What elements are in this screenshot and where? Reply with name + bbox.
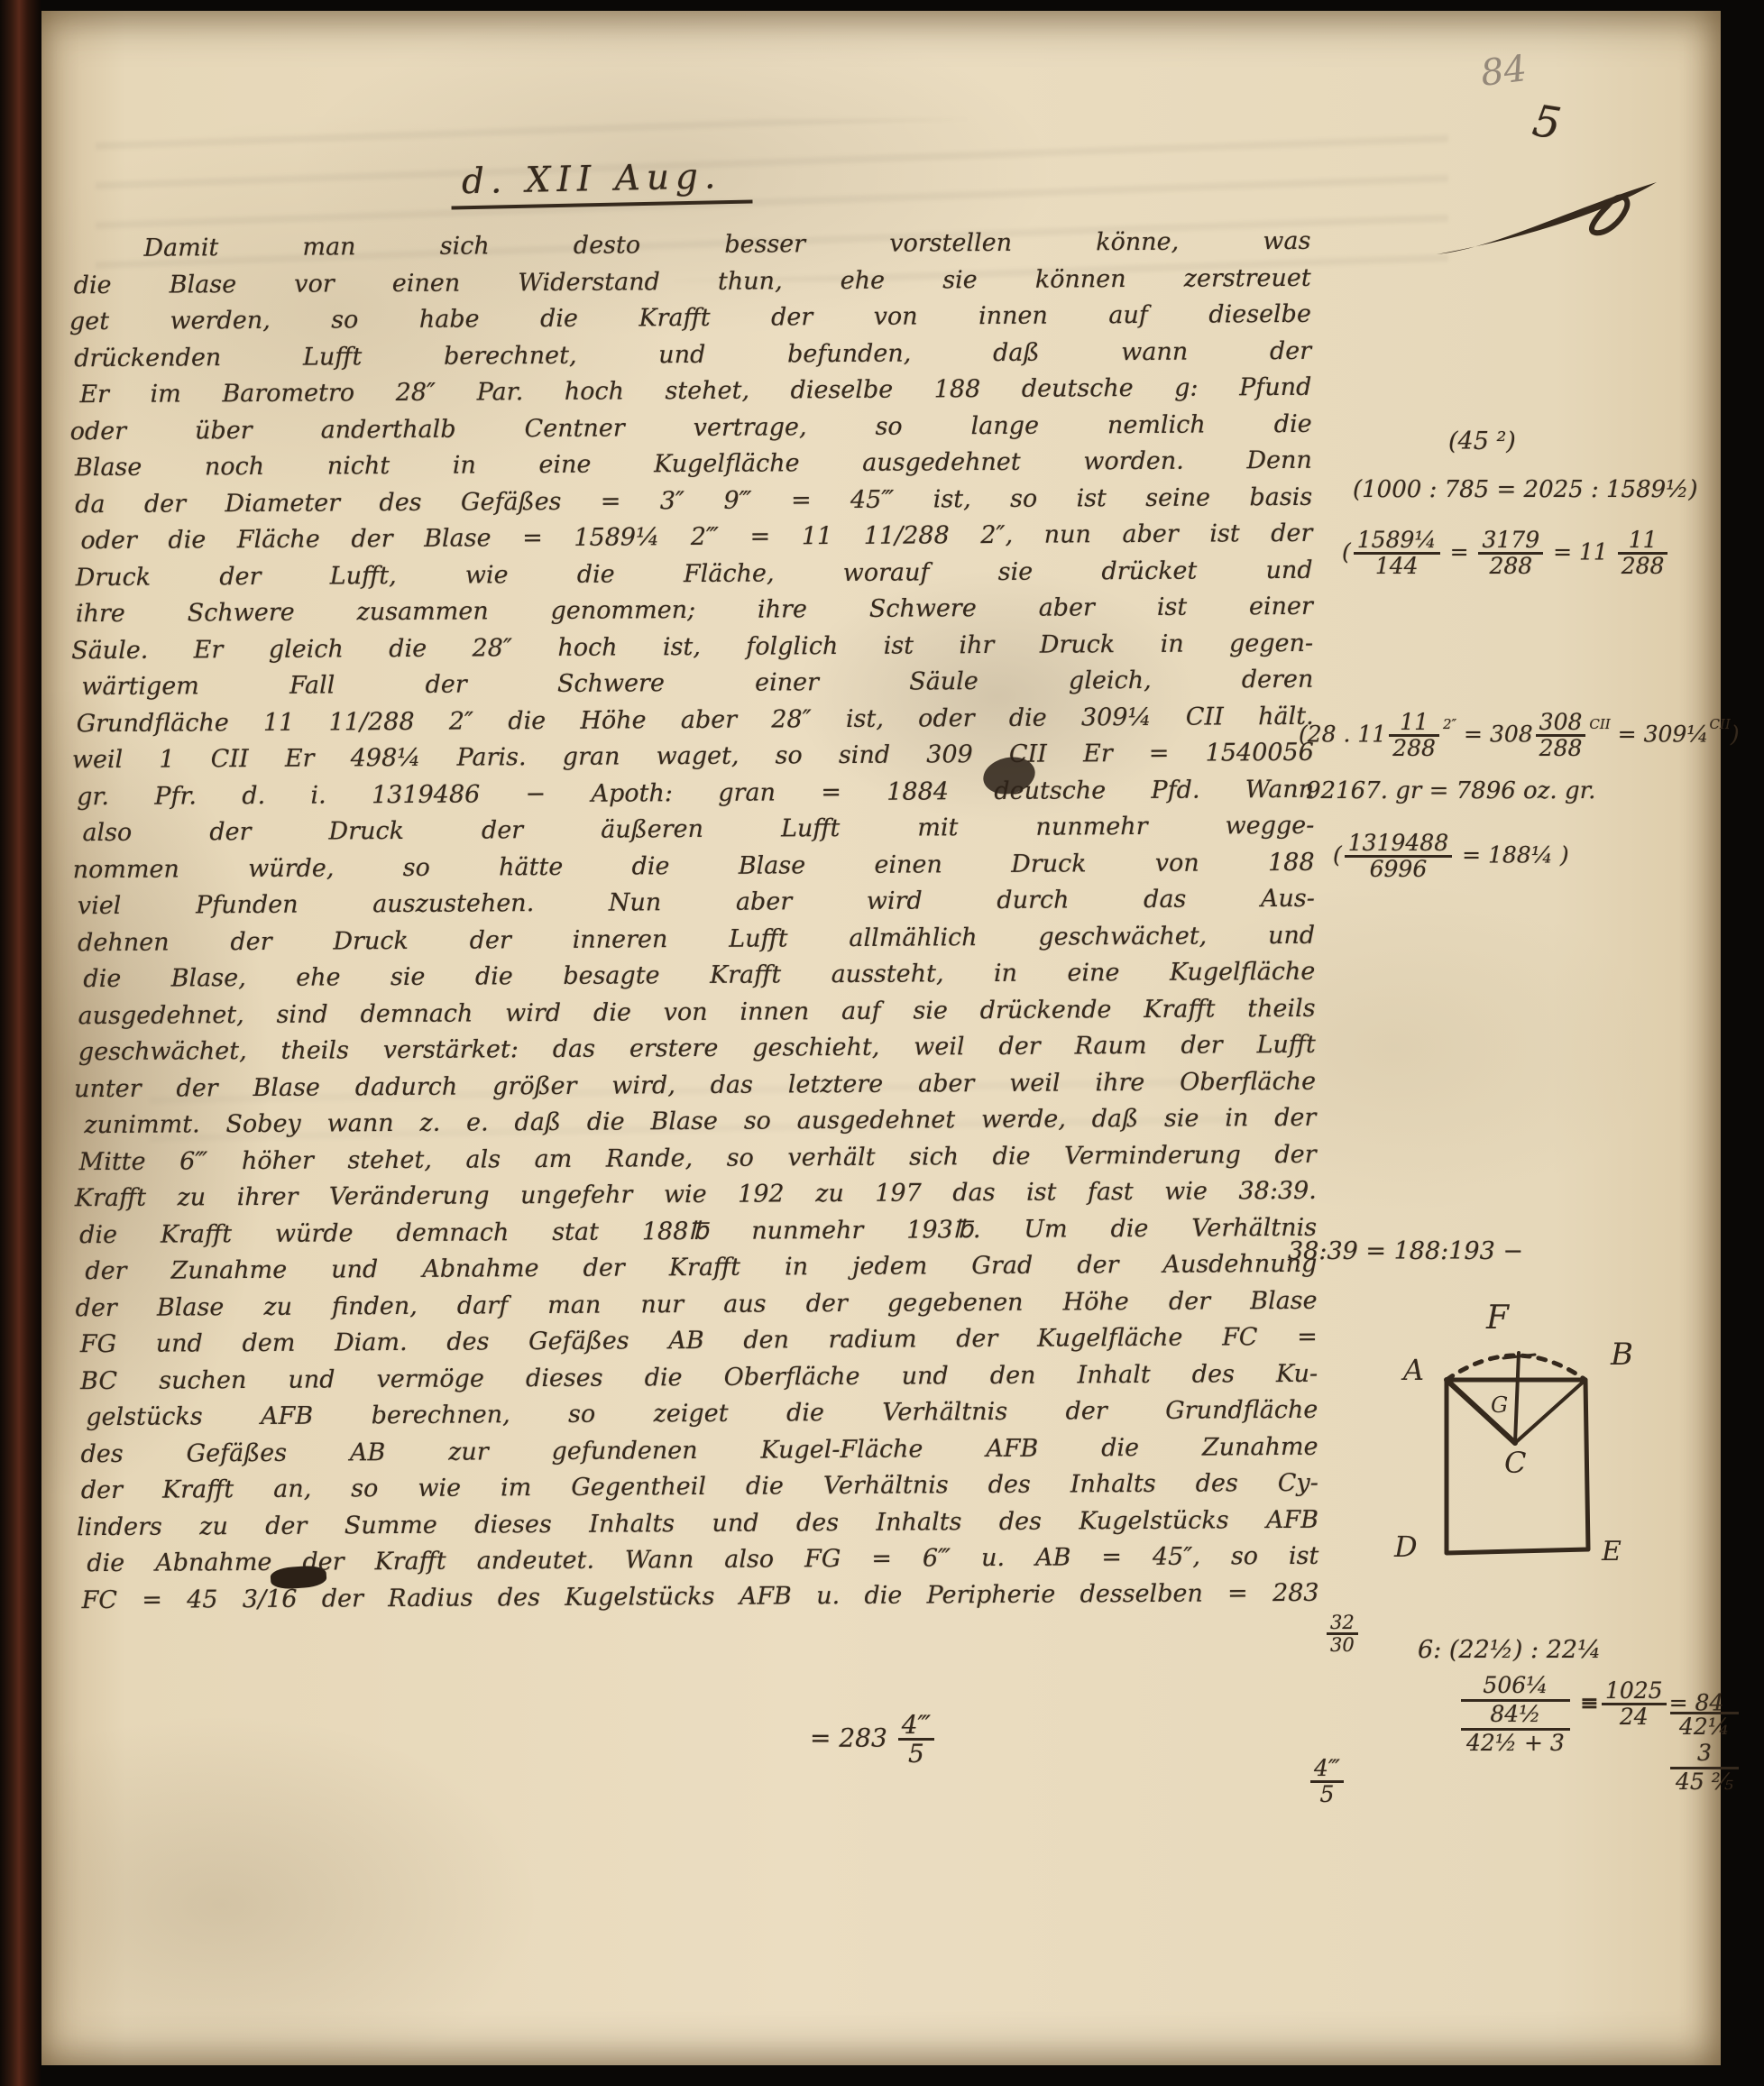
stack-row: 506¼ — [1461, 1673, 1570, 1702]
numerator: 3179 — [1478, 528, 1543, 555]
denominator: 5 — [1310, 1783, 1344, 1806]
numerator: 1319488 — [1345, 832, 1452, 858]
numerator: 11 — [1618, 528, 1668, 555]
numerator: 1589¼ — [1354, 528, 1440, 555]
denominator: 288 — [1618, 555, 1668, 578]
denominator: 6996 — [1345, 858, 1452, 881]
denominator: 288 — [1389, 737, 1439, 760]
numerator: 4‴ — [1310, 1757, 1344, 1783]
periphery-fraction: 3230 — [1324, 1613, 1361, 1655]
equals: = — [1450, 538, 1469, 565]
flourish-mark — [1429, 170, 1673, 269]
denominator: 30 — [1327, 1635, 1358, 1655]
equals: = 11 — [1553, 538, 1608, 565]
margin-note-fraction-chain: (1589¼144 = 3179288 = 11 11288 — [1342, 528, 1670, 579]
stack-row: 3 — [1670, 1741, 1739, 1767]
label-B: B — [1610, 1337, 1633, 1373]
paren: ) — [1560, 841, 1569, 868]
manuscript-line: FC = 45 3/16 der Radius des Kugelstücks … — [81, 1575, 1318, 1619]
paren: ( — [1333, 841, 1342, 868]
label-F: F — [1485, 1300, 1511, 1337]
paren: ) — [1731, 721, 1740, 747]
numerator: 32 — [1327, 1613, 1358, 1635]
superscript: CII — [1710, 716, 1731, 732]
equals: = 283 — [810, 1723, 887, 1752]
denominator: 288 — [1478, 555, 1543, 578]
equals: = 309¼ — [1618, 721, 1709, 747]
paren: ( — [1342, 538, 1351, 565]
equals: ≡ — [1580, 1689, 1599, 1715]
denominator: 288 — [1536, 737, 1586, 760]
equals: = 188¼ — [1462, 841, 1553, 868]
calc-division-stack: 506¼ 84½ 42½ + 3 — [1461, 1672, 1570, 1756]
label-A: A — [1401, 1353, 1424, 1387]
manuscript-scan: { "colors": { "paper": "#e7d9bc", "ink":… — [0, 0, 1764, 2086]
text: (28 . 11 — [1299, 721, 1386, 747]
margin-note-division: (13194886996 = 188¼ ) — [1333, 832, 1569, 882]
label-E: E — [1601, 1536, 1622, 1567]
numerator: 1025 — [1602, 1679, 1667, 1705]
label-C: C — [1504, 1446, 1526, 1480]
superscript: 2″ — [1443, 716, 1456, 732]
denominator: 144 — [1354, 555, 1440, 578]
numerator: 11 — [1389, 711, 1439, 737]
page-title: d. XII Aug. — [450, 156, 752, 210]
reduced-fraction: 4‴5 — [1308, 1757, 1346, 1807]
margin-note-ratio: 38:39 = 188:193 − — [1288, 1237, 1523, 1265]
margin-note-grains: 92167. gr = 7896 oz. gr. — [1306, 777, 1595, 804]
stack-row: 42¼ — [1670, 1712, 1739, 1741]
label-D: D — [1393, 1530, 1418, 1564]
stack-row: 84½ — [1461, 1702, 1570, 1731]
stack-row: 45 ⅖ — [1670, 1767, 1739, 1796]
margin-note-proportion: (1000 : 785 = 2025 : 1589½) — [1353, 476, 1698, 503]
chord-line-BC — [1515, 1380, 1585, 1443]
stack-row: 42½ + 3 — [1461, 1731, 1570, 1757]
folio-number-pencil: 84 — [1478, 48, 1529, 95]
book-spine — [0, 0, 41, 2086]
vessel-diagram: F A B G C D E — [1369, 1279, 1676, 1576]
superscript: CII — [1589, 716, 1610, 732]
calc-proportion-line: 6: (22½) : 22¼ — [1418, 1636, 1601, 1664]
margin-note-cubic-inches: (28 . 11112882″ = 308308288CII = 309¼CII… — [1299, 711, 1740, 761]
numerator: 308 — [1536, 711, 1586, 737]
label-G: G — [1491, 1392, 1508, 1418]
margin-note-45-squared: (45 ²) — [1448, 427, 1516, 455]
manuscript-body: Damit man sich desto besser vorstellen k… — [73, 224, 1318, 1619]
final-result: = 283 4‴5 — [810, 1712, 937, 1768]
calc-right-column: 42¼ 3 45 ⅖ — [1670, 1712, 1739, 1795]
equals: = 308 — [1464, 721, 1533, 747]
numerator: 4‴ — [898, 1712, 934, 1741]
denominator: 24 — [1602, 1705, 1667, 1729]
axis-line — [1515, 1353, 1519, 1443]
denominator: 5 — [898, 1741, 934, 1767]
